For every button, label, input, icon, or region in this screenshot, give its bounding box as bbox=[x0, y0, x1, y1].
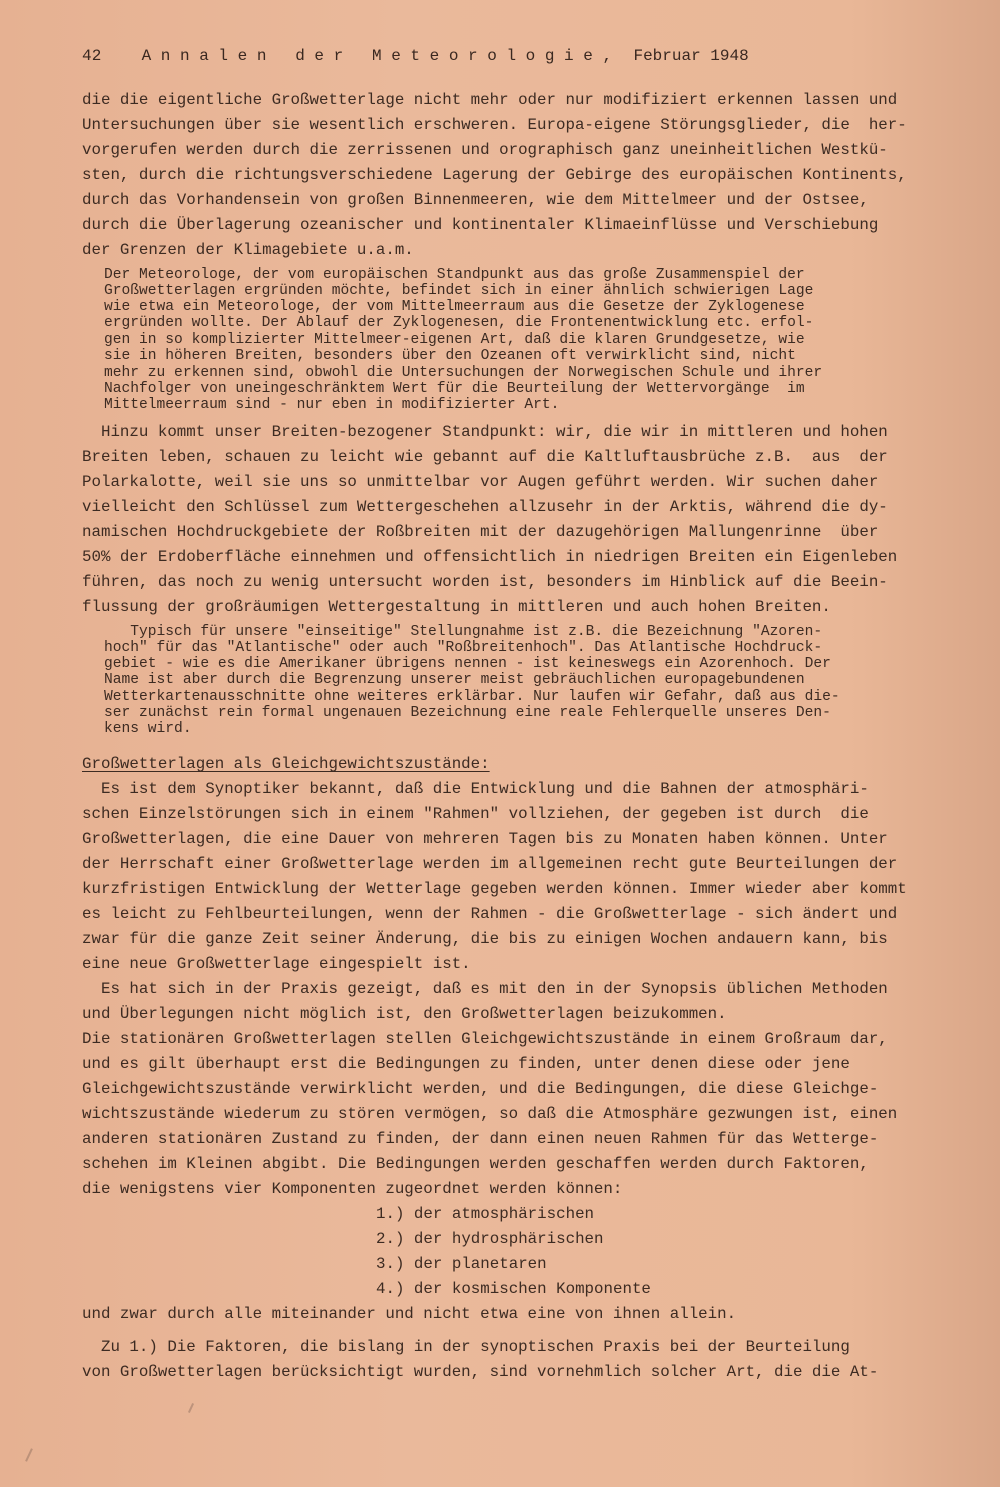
text-line: eine neue Großwetterlage eingespielt ist… bbox=[82, 955, 471, 973]
text-line-small: hoch" für das "Atlantische" oder auch "R… bbox=[104, 640, 822, 657]
text-line-small: sie in höheren Breiten, besonders über d… bbox=[104, 348, 796, 365]
text-line: die die eigentliche Großwetterlage nicht… bbox=[82, 91, 897, 109]
list-item: 1.) der atmosphärischen bbox=[376, 1205, 594, 1223]
text-line-small: Großwetterlagen ergründen möchte, befind… bbox=[104, 283, 813, 300]
issue-date: Februar 1948 bbox=[633, 47, 748, 65]
text-line: Gleichgewichtszustände verwirklicht werd… bbox=[82, 1080, 878, 1098]
text-line-small: Der Meteorologe, der vom europäischen St… bbox=[104, 267, 805, 284]
text-line-small: mehr zu erkennen sind, obwohl die Unters… bbox=[104, 365, 822, 382]
text-line: der Grenzen der Klimagebiete u.a.m. bbox=[82, 241, 414, 259]
text-line: und zwar durch alle miteinander und nich… bbox=[82, 1305, 736, 1323]
journal-title: Annalen der Meteorologie, bbox=[142, 47, 622, 65]
text-line: Die stationären Großwetterlagen stellen … bbox=[82, 1030, 888, 1048]
text-line: durch die Überlagerung ozeanischer und k… bbox=[82, 216, 878, 234]
text-line: von Großwetterlagen berücksichtigt wurde… bbox=[82, 1363, 878, 1381]
text-line-small: Mittelmeerraum sind - nur eben in modifi… bbox=[104, 397, 559, 414]
document-page: 42Annalen der Meteorologie, Februar 1948… bbox=[0, 0, 1000, 1487]
text-line: flussung der großräumigen Wettergestaltu… bbox=[82, 598, 831, 616]
text-line: Großwetterlagen, die eine Dauer von mehr… bbox=[82, 830, 888, 848]
text-line: führen, das noch zu wenig untersucht wor… bbox=[82, 573, 888, 591]
text-line: Polarkalotte, weil sie uns so unmittelba… bbox=[82, 473, 878, 491]
text-line: Breiten leben, schauen zu leicht wie geb… bbox=[82, 448, 888, 466]
list-item: 3.) der planetaren bbox=[376, 1255, 547, 1273]
text-line: Zu 1.) Die Faktoren, die bislang in der … bbox=[82, 1338, 850, 1356]
text-line-small: wie etwa ein Meteorologe, der vom Mittel… bbox=[104, 299, 805, 316]
text-line: wichtszustände wiederum zu stören vermög… bbox=[82, 1105, 897, 1123]
text-line-small: gebiet - wie es die Amerikaner übrigens … bbox=[104, 656, 831, 673]
text-line-small: ser zunächst rein formal ungenauen Bezei… bbox=[104, 705, 831, 722]
text-line: durch das Vorhandensein von großen Binne… bbox=[82, 191, 869, 209]
text-line-small: Typisch für unsere "einseitige" Stellung… bbox=[104, 624, 822, 641]
text-line: es leicht zu Fehlbeurteilungen, wenn der… bbox=[82, 905, 897, 923]
text-line: und es gilt überhaupt erst die Bedingung… bbox=[82, 1055, 850, 1073]
text-line: schen Einzelstörungen sich in einem "Rah… bbox=[82, 805, 869, 823]
text-line-small: Name ist aber durch die Begrenzung unser… bbox=[104, 672, 805, 689]
text-line: zwar für die ganze Zeit seiner Änderung,… bbox=[82, 930, 888, 948]
text-line: vielleicht den Schlüssel zum Wettergesch… bbox=[82, 498, 888, 516]
list-item: 4.) der kosmischen Komponente bbox=[376, 1280, 651, 1298]
text-line: und Überlegungen nicht möglich ist, den … bbox=[82, 1005, 727, 1023]
text-line: anderen stationären Zustand zu finden, d… bbox=[82, 1130, 878, 1148]
page-number: 42 bbox=[82, 47, 102, 65]
text-line: sten, durch die richtungsverschiedene La… bbox=[82, 166, 907, 184]
text-line: die wenigstens vier Komponenten zugeordn… bbox=[82, 1180, 622, 1198]
running-header: 42Annalen der Meteorologie, Februar 1948 bbox=[82, 47, 749, 65]
text-line-small: Wetterkartenausschnitte ohne weiteres er… bbox=[104, 689, 840, 706]
text-line: Untersuchungen über sie wesentlich ersch… bbox=[82, 116, 907, 134]
text-line: schehen im Kleinen abgibt. Die Bedingung… bbox=[82, 1155, 869, 1173]
text-line: kurzfristigen Entwicklung der Wetterlage… bbox=[82, 880, 907, 898]
text-line: namischen Hochdruckgebiete der Roßbreite… bbox=[82, 523, 878, 541]
text-line-small: Nachfolger von uneingeschränktem Wert fü… bbox=[104, 381, 805, 398]
text-line: vorgerufen werden durch die zerrissenen … bbox=[82, 141, 888, 159]
paper-speck bbox=[25, 1448, 33, 1462]
text-line-small: gen in so komplizierter Mittelmeer-eigen… bbox=[104, 332, 805, 349]
list-item: 2.) der hydrosphärischen bbox=[376, 1230, 604, 1248]
paper-speck bbox=[188, 1403, 194, 1413]
text-line: Hinzu kommt unser Breiten-bezogener Stan… bbox=[82, 423, 888, 441]
text-line-small: ergründen wollte. Der Ablauf der Zykloge… bbox=[104, 315, 813, 332]
text-line-small: kens wird. bbox=[104, 721, 192, 738]
text-line: Es ist dem Synoptiker bekannt, daß die E… bbox=[82, 780, 869, 798]
section-heading: Großwetterlagen als Gleichgewichtszustän… bbox=[82, 755, 490, 773]
text-line: Es hat sich in der Praxis gezeigt, daß e… bbox=[82, 980, 888, 998]
text-line: der Herrschaft einer Großwetterlage werd… bbox=[82, 855, 897, 873]
text-line: 50% der Erdoberfläche einnehmen und offe… bbox=[82, 548, 897, 566]
